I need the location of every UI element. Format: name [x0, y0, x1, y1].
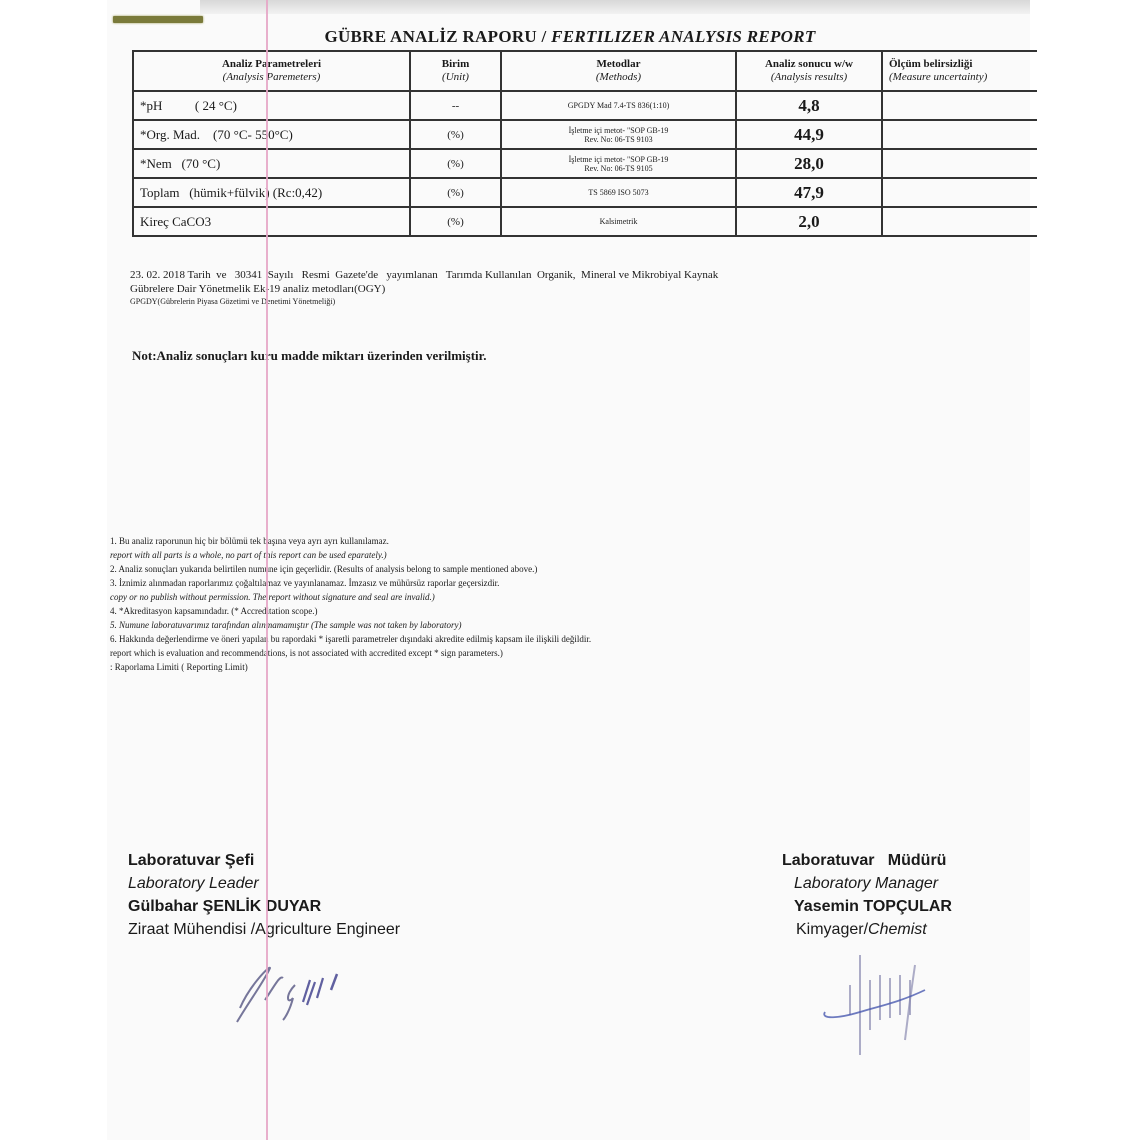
report-title-tr: GÜBRE ANALİZ RAPORU /: [324, 27, 551, 46]
sig-right-role: Kimyager/Chemist: [782, 918, 952, 941]
cell-result: 2,0: [736, 207, 882, 236]
footnote: 4. *Akreditasyon kapsamındadır. (* Accre…: [110, 604, 940, 618]
regulation-line-1: 23. 02. 2018 Tarih ve 30341 Sayılı Resmi…: [130, 268, 1030, 282]
footnotes: 1. Bu analiz raporunun hiç bir bölümü te…: [110, 534, 940, 674]
cell-result: 4,8: [736, 91, 882, 120]
cell-uncertainty: [882, 207, 1037, 236]
sig-left-name: Gülbahar ŞENLİK DUYAR: [128, 895, 400, 918]
table-row: *pH ( 24 °C) -- GPGDY Mad 7.4-TS 836(1:1…: [133, 91, 1037, 120]
header-unit: Birim(Unit): [410, 51, 501, 91]
cell-method: TS 5869 ISO 5073: [501, 178, 736, 207]
footnote: 6. Hakkında değerlendirme ve öneri yapıl…: [110, 632, 940, 646]
regulation-reference: 23. 02. 2018 Tarih ve 30341 Sayılı Resmi…: [130, 268, 1030, 308]
signature-left-icon: [215, 950, 365, 1030]
cell-parameter: Toplam (hümik+fülvik) (Rc:0,42): [133, 178, 410, 207]
cell-parameter: Kireç CaCO3: [133, 207, 410, 236]
cell-unit: (%): [410, 120, 501, 149]
sig-right-name: Yasemin TOPÇULAR: [782, 895, 952, 918]
margin-line: [266, 0, 268, 1140]
footnote: : Raporlama Limiti ( Reporting Limit): [110, 660, 940, 674]
footnote: 2. Analiz sonuçları yukarıda belirtilen …: [110, 562, 940, 576]
report-title: GÜBRE ANALİZ RAPORU / FERTILIZER ANALYSI…: [200, 27, 940, 47]
header-parameters: Analiz Parametreleri(Analysis Paremeters…: [133, 51, 410, 91]
footnote: 1. Bu analiz raporunun hiç bir bölümü te…: [110, 534, 940, 548]
scan-top-shadow: [200, 0, 1030, 14]
signature-right-icon: [815, 940, 935, 1060]
header-methods: Metodlar(Methods): [501, 51, 736, 91]
logo-bar: [113, 16, 203, 23]
cell-unit: --: [410, 91, 501, 120]
table-row: *Nem (70 °C) (%) İşletme içi metot- "SOP…: [133, 149, 1037, 178]
cell-parameter: *pH ( 24 °C): [133, 91, 410, 120]
header-uncertainty: Ölçüm belirsizliği(Measure uncertainty): [882, 51, 1037, 91]
signature-block-right: Laboratuvar Müdürü Laboratory Manager Ya…: [782, 849, 952, 941]
cell-parameter: *Org. Mad. (70 °C- 550°C): [133, 120, 410, 149]
regulation-line-3: GPGDY(Gübrelerin Piyasa Gözetimi ve Dene…: [130, 296, 1030, 308]
cell-result: 44,9: [736, 120, 882, 149]
table-row: Kireç CaCO3 (%) Kalsimetrik 2,0: [133, 207, 1037, 236]
table-row: Toplam (hümik+fülvik) (Rc:0,42) (%) TS 5…: [133, 178, 1037, 207]
cell-method: İşletme içi metot- "SOP GB-19Rev. No: 06…: [501, 149, 736, 178]
cell-uncertainty: [882, 91, 1037, 120]
cell-uncertainty: [882, 149, 1037, 178]
cell-uncertainty: [882, 178, 1037, 207]
footnote: 5. Numune laboratuvarımız tarafından alı…: [110, 618, 940, 632]
dry-matter-note: Not:Analiz sonuçları kuru madde miktarı …: [132, 348, 487, 364]
cell-uncertainty: [882, 120, 1037, 149]
signature-block-left: Laboratuvar Şefi Laboratory Leader Gülba…: [128, 849, 400, 941]
sig-left-role: Ziraat Mühendisi /Agriculture Engineer: [128, 918, 400, 941]
sig-left-title: Laboratuvar Şefi: [128, 849, 400, 872]
footnote: report which is evaluation and recommend…: [110, 646, 940, 660]
cell-method: GPGDY Mad 7.4-TS 836(1:10): [501, 91, 736, 120]
cell-result: 47,9: [736, 178, 882, 207]
cell-method: Kalsimetrik: [501, 207, 736, 236]
cell-result: 28,0: [736, 149, 882, 178]
table-header-row: Analiz Parametreleri(Analysis Paremeters…: [133, 51, 1037, 91]
report-title-en: FERTILIZER ANALYSIS REPORT: [551, 27, 815, 46]
sig-right-title: Laboratuvar Müdürü: [782, 849, 952, 872]
sig-left-title-en: Laboratory Leader: [128, 872, 400, 895]
sig-right-title-en: Laboratory Manager: [782, 872, 952, 895]
footnote: report with all parts is a whole, no par…: [110, 548, 940, 562]
table-row: *Org. Mad. (70 °C- 550°C) (%) İşletme iç…: [133, 120, 1037, 149]
header-results: Analiz sonucu w/w(Analysis results): [736, 51, 882, 91]
regulation-line-2: Gübrelere Dair Yönetmelik Ek-19 analiz m…: [130, 282, 1030, 296]
cell-unit: (%): [410, 207, 501, 236]
cell-method: İşletme içi metot- "SOP GB-19Rev. No: 06…: [501, 120, 736, 149]
footnote: 3. İznimiz alınmadan raporlarımız çoğalt…: [110, 576, 940, 590]
footnote: copy or no publish without permission. T…: [110, 590, 940, 604]
cell-parameter: *Nem (70 °C): [133, 149, 410, 178]
cell-unit: (%): [410, 178, 501, 207]
cell-unit: (%): [410, 149, 501, 178]
